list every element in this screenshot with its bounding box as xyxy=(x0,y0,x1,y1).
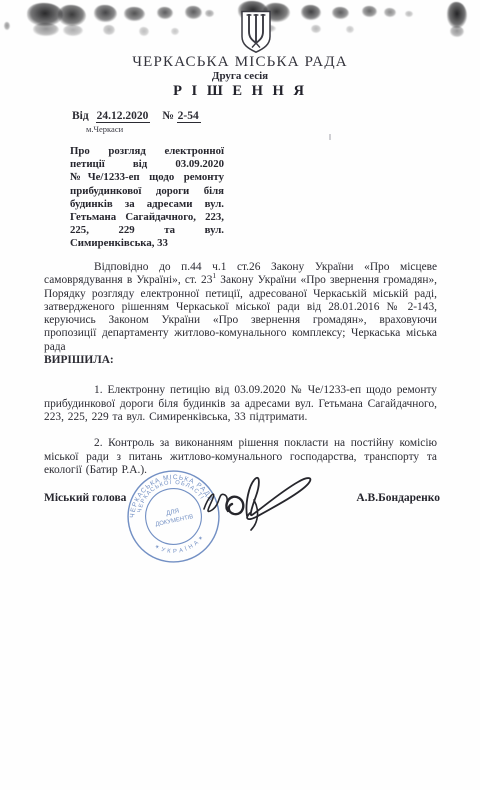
scan-speck xyxy=(329,134,331,140)
ukraine-trident-emblem-icon xyxy=(239,10,273,54)
scan-artifact xyxy=(311,25,321,33)
organization-name: ЧЕРКАСЬКА МІСЬКА РАДА xyxy=(0,54,480,71)
date-label: Від xyxy=(72,110,89,122)
scan-artifact xyxy=(124,7,145,21)
document-body: Відповідно до п.44 ч.1 ст.26 Закону Укра… xyxy=(44,261,437,477)
session-title: Друга сесія xyxy=(0,70,480,82)
scan-artifact xyxy=(94,5,117,22)
scan-artifact xyxy=(171,28,179,35)
scan-artifact xyxy=(4,22,10,30)
handwritten-signature xyxy=(190,465,325,540)
scan-artifact xyxy=(157,7,173,19)
number-value: 2-54 xyxy=(177,110,201,123)
stamp-center-line1: ДЛЯ xyxy=(165,508,180,518)
scan-artifact xyxy=(332,7,349,19)
subject-paragraph: Про розгляд електронної петиції від 03.0… xyxy=(70,145,224,251)
scan-artifact xyxy=(450,26,464,37)
date-number-line: Від 24.12.2020 № 2-54 xyxy=(72,110,201,122)
scan-artifact xyxy=(33,23,59,36)
scan-artifact xyxy=(362,6,377,17)
city-label: м.Черкаси xyxy=(86,124,123,134)
scan-artifact xyxy=(447,2,467,28)
scan-artifact xyxy=(301,5,321,20)
scan-artifact xyxy=(58,5,86,26)
stamp-center-line2: ДОКУМЕНТІВ xyxy=(155,514,194,528)
scan-artifact xyxy=(205,10,214,17)
preamble-paragraph: Відповідно до п.44 ч.1 ст.26 Закону Укра… xyxy=(44,261,437,354)
signatory-name: А.В.Бондаренко xyxy=(356,492,440,504)
document-type-title: Р І Ш Е Н Н Я xyxy=(0,83,480,100)
signatory-title: Міський голова xyxy=(44,492,126,504)
scan-artifact xyxy=(139,27,149,36)
resolved-label: ВИРІШИЛА: xyxy=(44,354,437,367)
scan-artifact xyxy=(384,8,396,17)
scan-artifact xyxy=(405,11,413,17)
number-label: № xyxy=(162,110,174,122)
scanned-document-page: ЧЕРКАСЬКА МІСЬКА РАДА Друга сесія Р І Ш … xyxy=(0,0,480,790)
scan-artifact xyxy=(63,25,83,36)
scan-artifact xyxy=(103,25,115,35)
scan-artifact xyxy=(346,26,354,33)
date-value: 24.12.2020 xyxy=(96,110,151,123)
decision-item-1: 1. Електронну петицію від 03.09.2020 № Ч… xyxy=(44,384,437,424)
scan-artifact xyxy=(185,6,202,19)
